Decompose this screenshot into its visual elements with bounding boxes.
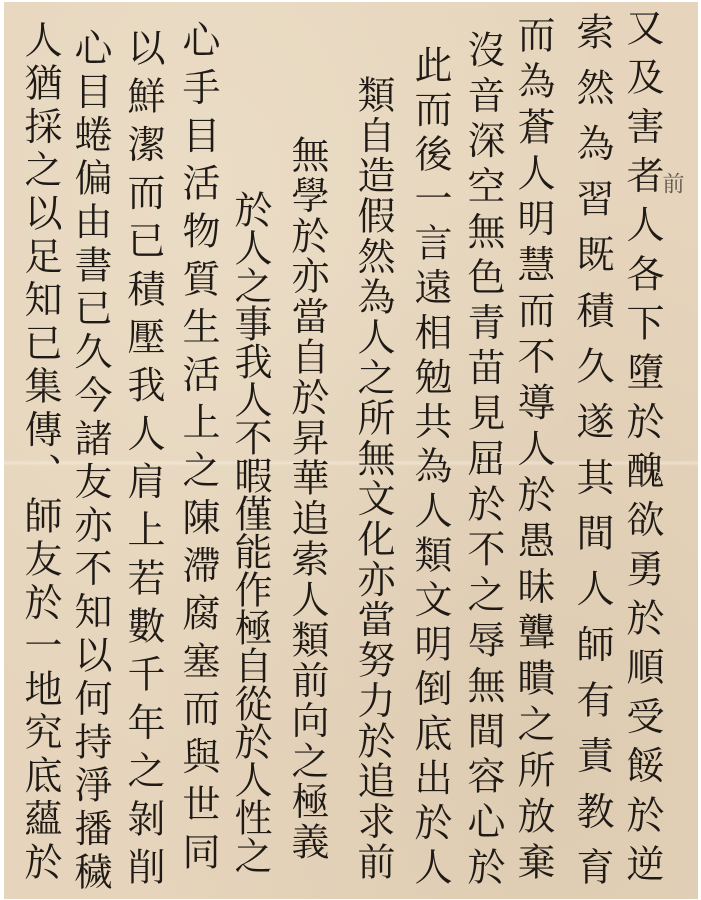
text-column-7: 無學於亦當自於昇華追索人類前向之極義 — [281, 135, 333, 860]
text-column-11: 心目蜷偏由書已久今諸友亦不知以何持淨播穢 — [64, 28, 116, 890]
text-column-8: 於人之事我人不暇僅能作極自從於人性之 — [224, 190, 276, 850]
margin-annotation: 前 — [656, 172, 687, 194]
text-column-12: 人猶採之以足知已集傳、師友於一地究底蘊於 — [14, 20, 66, 880]
text-column-9: 心手目活物質生活上之陳滯腐塞而與世同 — [172, 20, 224, 870]
text-column-2: 索然為習既積久遂其間人師有責教育 — [566, 12, 618, 885]
text-column-4: 沒音深空無色青苗見屈於不之辱無間容心於 — [457, 30, 509, 885]
text-column-3: 而為蒼人明慧而不導人於愚昧聾瞶之所放棄 — [507, 15, 559, 880]
text-column-10: 以鮮潔而已積壓我人肩上若數千年之剝削 — [117, 28, 169, 885]
text-column-5: 此而後一言遠相勉共為人類文明倒底出於人 — [404, 45, 456, 885]
text-column-6: 類自造假然為人之所無文化亦當努力於追求前 — [347, 75, 399, 880]
text-column-1: 又及害者人各下墮於醜欲勇於順受餒於逆 — [616, 8, 668, 882]
